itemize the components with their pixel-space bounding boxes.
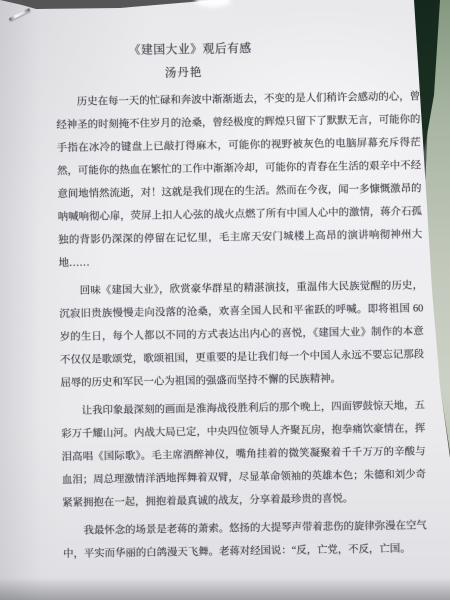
- essay-paragraph-3: 让我印象最深刻的画面是淮海战役胜利后的那个晚上，四面锣鼓惊天地，五彩万千耀山河。…: [61, 394, 427, 515]
- essay-paragraph-4: 我最怀念的场景是老蒋的萧索。悠扬的大提琴声带着悲伤的旋律弥漫在空气中，平实而华丽…: [63, 514, 428, 566]
- photo-of-document: 《建国大业》观后有感 汤丹艳 历史在每一天的忙碌和奔波中渐渐逝去，不变的是人们稍…: [0, 0, 450, 600]
- essay-text: 《建国大业》观后有感 汤丹艳 历史在每一天的忙碌和奔波中渐渐逝去，不变的是人们稍…: [55, 35, 427, 571]
- essay-author: 汤丹艳: [55, 61, 325, 85]
- essay-heading: 《建国大业》观后有感 汤丹艳: [55, 37, 326, 85]
- essay-paragraph-1: 历史在每一天的忙碌和奔波中渐渐逝去，不变的是人们稍许会感动的心，曾经神圣的时刻掩…: [56, 85, 423, 275]
- essay-paragraph-2: 回味《建国大业》，欣赏豪华群星的精湛演技，重温伟大民族觉醒的历史，沉寂旧贵族慢慢…: [59, 274, 425, 395]
- essay-title: 《建国大业》观后有感: [55, 37, 325, 61]
